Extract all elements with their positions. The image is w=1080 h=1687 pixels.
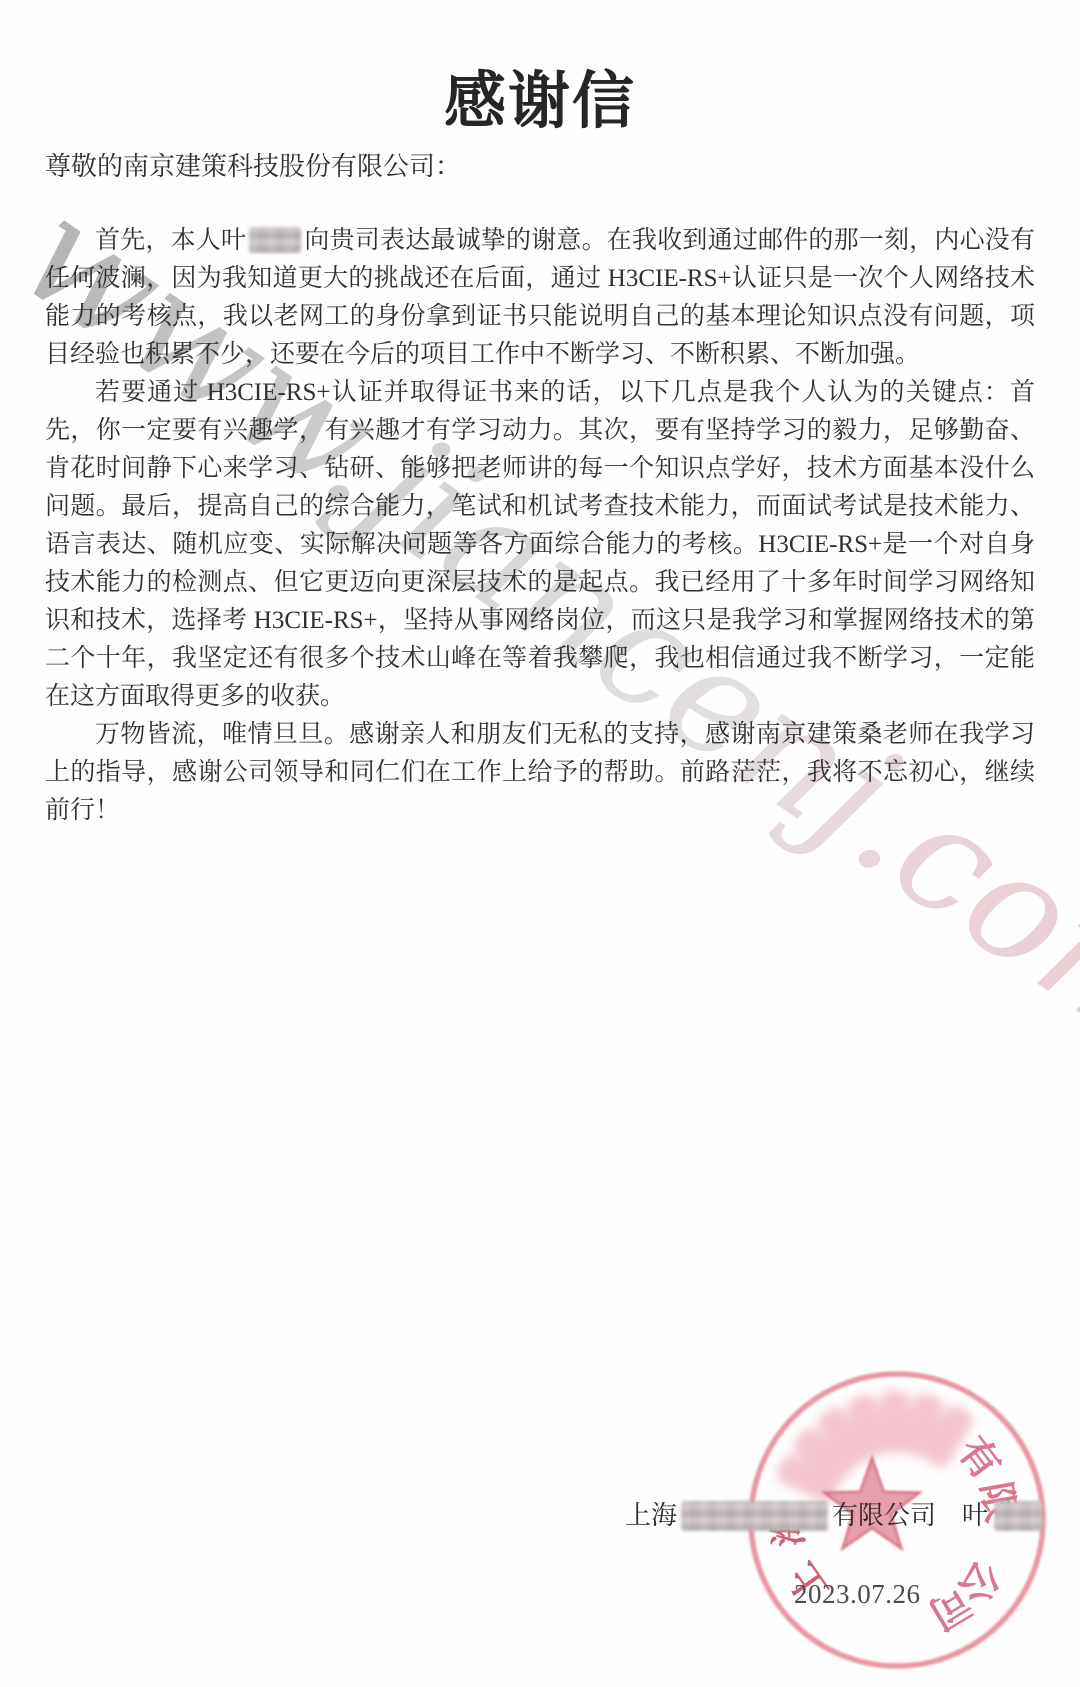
signature-company-prefix: 上海	[625, 1500, 677, 1532]
redacted-name-patch	[249, 227, 301, 253]
salutation: 尊敬的南京建策科技股份有限公司：	[45, 150, 461, 184]
paragraph-1: 首先，本人叶向贵司表达最诚挚的谢意。在我收到通过邮件的那一刻，内心没有任何波澜，…	[45, 222, 1035, 374]
signature-company-suffix: 有限公司	[832, 1500, 936, 1532]
seal-char: 有	[949, 1428, 1009, 1487]
seal-char: 司	[921, 1579, 978, 1638]
seal-char: 公	[949, 1552, 1009, 1611]
signature-line: 上海有限公司叶	[625, 1500, 1042, 1532]
signature-signer-surname: 叶	[962, 1500, 988, 1532]
letter-body: 首先，本人叶向贵司表达最诚挚的谢意。在我收到通过邮件的那一刻，内心没有任何波澜，…	[45, 222, 1035, 830]
letter-page: www.jiancenj.com 感谢信 尊敬的南京建策科技股份有限公司： 首先…	[0, 0, 1080, 1687]
paragraph-3: 万物皆流，唯情旦旦。感谢亲人和朋友们无私的支持，感谢南京建策桑老师在我学习上的指…	[45, 716, 1035, 830]
paragraph-1-before-redaction: 首先，本人叶	[95, 227, 246, 254]
letter-date: 2023.07.26	[794, 1578, 921, 1610]
letter-title: 感谢信	[0, 68, 1080, 136]
seal-redacted-arc-blobs	[774, 1391, 977, 1506]
redacted-signer-patch	[994, 1501, 1042, 1531]
seal-right-arc-text: 有 限 公 司	[921, 1428, 1024, 1637]
redacted-company-patch	[681, 1501, 828, 1531]
paragraph-2: 若要通过 H3CIE-RS+认证并取得证书来的话，以下几点是我个人认为的关键点：…	[45, 374, 1035, 716]
